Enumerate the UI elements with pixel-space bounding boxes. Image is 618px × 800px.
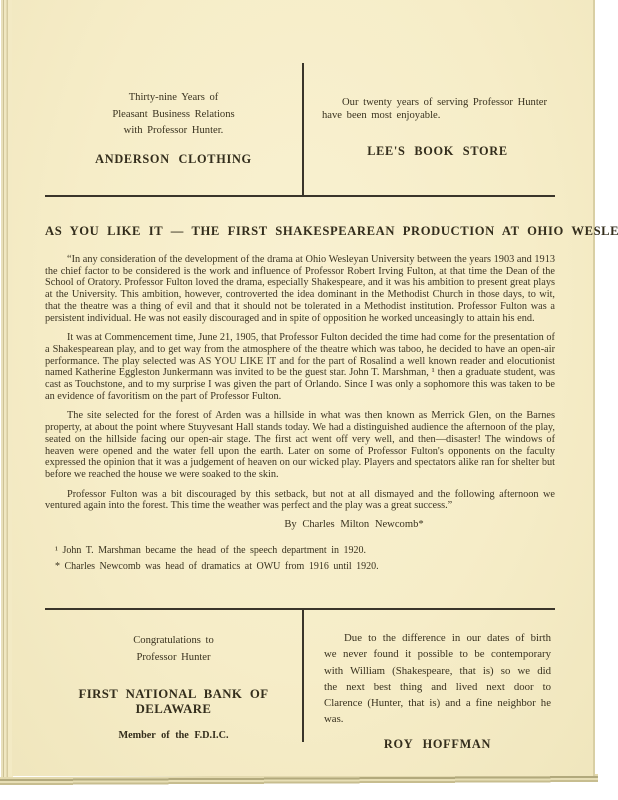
advertiser-name: LEE'S BOOK STORE xyxy=(322,144,553,159)
ad-line: Pleasant Business Relations xyxy=(45,107,302,124)
bottom-ads-section: Congratulations to Professor Hunter FIRS… xyxy=(45,608,555,758)
footnote: * Charles Newcomb was head of dramatics … xyxy=(55,559,555,575)
footnotes-section: ¹ John T. Marshman became the head of th… xyxy=(45,543,555,574)
page-stack-edge-bottom xyxy=(0,774,598,790)
fdic-member-line: Member of the F.D.I.C. xyxy=(45,730,302,741)
ad-first-national-bank: Congratulations to Professor Hunter FIRS… xyxy=(45,610,302,758)
top-ads-section: Thirty-nine Years of Pleasant Business R… xyxy=(45,0,555,197)
ad-line: Thirty-nine Years of xyxy=(45,90,302,107)
ad-message: Due to the difference in our dates of bi… xyxy=(324,630,551,728)
advertiser-name: FIRST NATIONAL BANK OF DELAWARE xyxy=(45,687,302,717)
article-paragraph: It was at Commencement time, June 21, 19… xyxy=(45,332,555,402)
program-page: Thirty-nine Years of Pleasant Business R… xyxy=(12,0,595,776)
page-content: Thirty-nine Years of Pleasant Business R… xyxy=(12,0,593,776)
article-byline: By Charles Milton Newcomb* xyxy=(45,519,555,530)
ad-line: with Professor Hunter. xyxy=(45,123,302,140)
ad-line: Professor Hunter xyxy=(45,649,302,666)
ad-line: Congratulations to xyxy=(45,632,302,649)
ad-message: Our twenty years of serving Professor Hu… xyxy=(322,96,553,122)
advertiser-name: ROY HOFFMAN xyxy=(324,737,551,752)
advertiser-name: ANDERSON CLOTHING xyxy=(45,152,302,167)
article-paragraph: Professor Fulton was a bit discouraged b… xyxy=(45,489,555,512)
article-paragraph: The site selected for the forest of Arde… xyxy=(45,410,555,480)
ad-roy-hoffman: Due to the difference in our dates of bi… xyxy=(302,610,555,758)
article-paragraph: “In any consideration of the development… xyxy=(45,254,555,324)
article-title: AS YOU LIKE IT — THE FIRST SHAKESPEAREAN… xyxy=(45,224,555,239)
footnote: ¹ John T. Marshman became the head of th… xyxy=(55,543,555,559)
ad-anderson-clothing: Thirty-nine Years of Pleasant Business R… xyxy=(45,0,302,195)
column-divider-rule xyxy=(302,63,304,197)
ad-lees-book-store: Our twenty years of serving Professor Hu… xyxy=(302,0,555,195)
column-divider-rule xyxy=(302,610,304,742)
